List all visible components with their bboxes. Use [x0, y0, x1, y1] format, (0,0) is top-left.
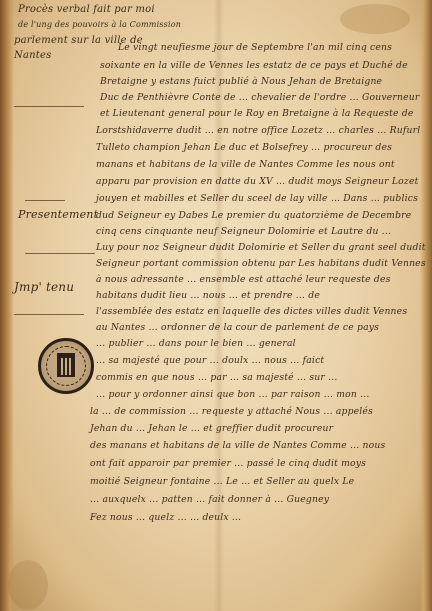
margin-rule — [25, 253, 95, 254]
margin-note: Procès verbal fait par moi — [18, 4, 155, 15]
text-line: des manans et habitans de la ville de Na… — [90, 440, 385, 451]
text-line: Seigneur portant commission obtenu par L… — [96, 258, 426, 269]
text-line: ... publier ... dans pour le bien ... ge… — [96, 338, 296, 349]
text-line: la ... de commission ... requeste y atta… — [90, 406, 373, 417]
text-line: commis en que nous ... par ... sa majest… — [96, 372, 337, 383]
text-line: Bretaigne y estans fuict publié à Nous J… — [100, 76, 382, 87]
text-line: habitans dudit lieu ... nous ... et pren… — [96, 290, 320, 301]
margin-note: Nantes — [14, 50, 51, 61]
text-line: ... auxquelx ... patten ... fait donner … — [90, 494, 329, 505]
wax-seal — [38, 338, 94, 394]
text-line: apparu par provision en datte du XV ... … — [96, 176, 418, 187]
manuscript-page: Procès verbal fait par moi de l'ung des … — [0, 0, 432, 611]
text-line: et Lieutenant general pour le Roy en Bre… — [100, 108, 414, 119]
text-line: dud Seigneur ey Dabes Le premier du quat… — [96, 210, 411, 221]
text-line: Tulleto champion Jehan Le duc et Bolsefr… — [96, 142, 392, 153]
text-line: moitié Seigneur fontaine ... Le ... et S… — [90, 476, 354, 487]
text-line: Lorstshidaverre dudit ... en notre offic… — [96, 125, 420, 136]
text-line: ... pour y ordonner ainsi que bon ... pa… — [96, 389, 369, 400]
margin-note: Presentement — [18, 208, 98, 221]
page-edge-right — [420, 0, 432, 611]
text-line: ont fait apparoir par premier ... passé … — [90, 458, 366, 469]
text-line: ... sa majesté que pour ... doulx ... no… — [96, 355, 324, 366]
margin-rule — [14, 106, 84, 107]
stain — [340, 4, 410, 34]
margin-note: Jmp' tenu — [14, 280, 74, 294]
text-line: Fez nous ... quelz ... ... deulx ... — [90, 512, 241, 523]
text-line: Duc de Penthièvre Conte de ... chevalier… — [100, 92, 420, 103]
text-line: Luy pour noz Seigneur dudit Dolomirie et… — [96, 242, 426, 253]
margin-rule — [25, 200, 65, 201]
margin-note: de l'ung des pouvoirs à la Commission — [18, 20, 181, 29]
text-line: jouyen et mabilles et Seller du sceel de… — [96, 193, 418, 204]
text-line: Le vingt neufiesme jour de Septembre l'a… — [118, 42, 392, 53]
text-line: au Nantes ... ordonner de la cour de par… — [96, 322, 379, 333]
coat-of-arms-icon — [57, 353, 75, 377]
text-line: soixante en la ville de Vennes les estat… — [100, 60, 408, 71]
page-edge-left — [0, 0, 14, 611]
text-line: manans et habitans de la ville de Nantes… — [96, 159, 395, 170]
text-line: à nous adressante ... ensemble est attac… — [96, 274, 391, 285]
text-line: cinq cens cinquante neuf Seigneur Dolomi… — [96, 226, 391, 237]
margin-rule — [14, 314, 84, 315]
text-line: l'assemblée des estatz en laquelle des d… — [96, 306, 407, 317]
stain — [8, 560, 48, 610]
text-line: Jehan du ... Jehan le ... et greffier du… — [90, 423, 333, 434]
